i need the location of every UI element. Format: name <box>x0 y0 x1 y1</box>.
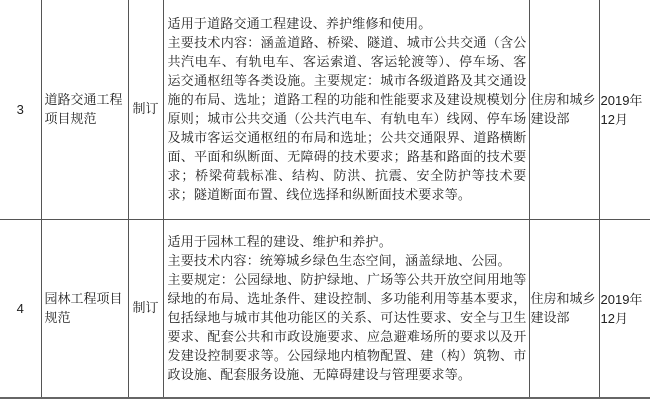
work-type: 制订 <box>128 0 163 220</box>
row-number: 3 <box>0 0 41 220</box>
project-name: 道路交通工程项目规范 <box>41 0 128 220</box>
content-scope: 适用于道路交通工程建设、养护维修和使用。 <box>168 15 527 34</box>
content-cell: 适用于园林工程的建设、维护和养护。 主要技术内容：统筹城乡绿色生态空间，涵盖绿地… <box>163 220 529 398</box>
work-type: 制订 <box>128 220 163 398</box>
content-cell: 适用于道路交通工程建设、养护维修和使用。 主要技术内容：涵盖道路、桥梁、隧道、城… <box>163 0 529 220</box>
table-row: 3 道路交通工程项目规范 制订 适用于道路交通工程建设、养护维修和使用。 主要技… <box>0 0 650 220</box>
completion-date: 2019年12月 <box>599 220 650 398</box>
standards-table: 3 道路交通工程项目规范 制订 适用于道路交通工程建设、养护维修和使用。 主要技… <box>0 0 650 399</box>
content-details: 主要技术内容：涵盖道路、桥梁、隧道、城市公共交通（含公共汽电车、有轨电车、客运索… <box>168 34 527 205</box>
project-name: 园林工程项目规范 <box>41 220 128 398</box>
completion-date: 2019年12月 <box>599 0 650 220</box>
content-scope: 适用于园林工程的建设、维护和养护。 <box>168 233 527 252</box>
content-regulations: 主要规定：公园绿地、防护绿地、广场等公共开放空间用地等绿地的布局、选址条件、建设… <box>168 271 527 385</box>
row-number: 4 <box>0 220 41 398</box>
department: 住房和城乡建设部 <box>529 220 599 398</box>
table-row: 4 园林工程项目规范 制订 适用于园林工程的建设、维护和养护。 主要技术内容：统… <box>0 220 650 398</box>
department: 住房和城乡建设部 <box>529 0 599 220</box>
content-details: 主要技术内容：统筹城乡绿色生态空间，涵盖绿地、公园。 <box>168 252 527 271</box>
